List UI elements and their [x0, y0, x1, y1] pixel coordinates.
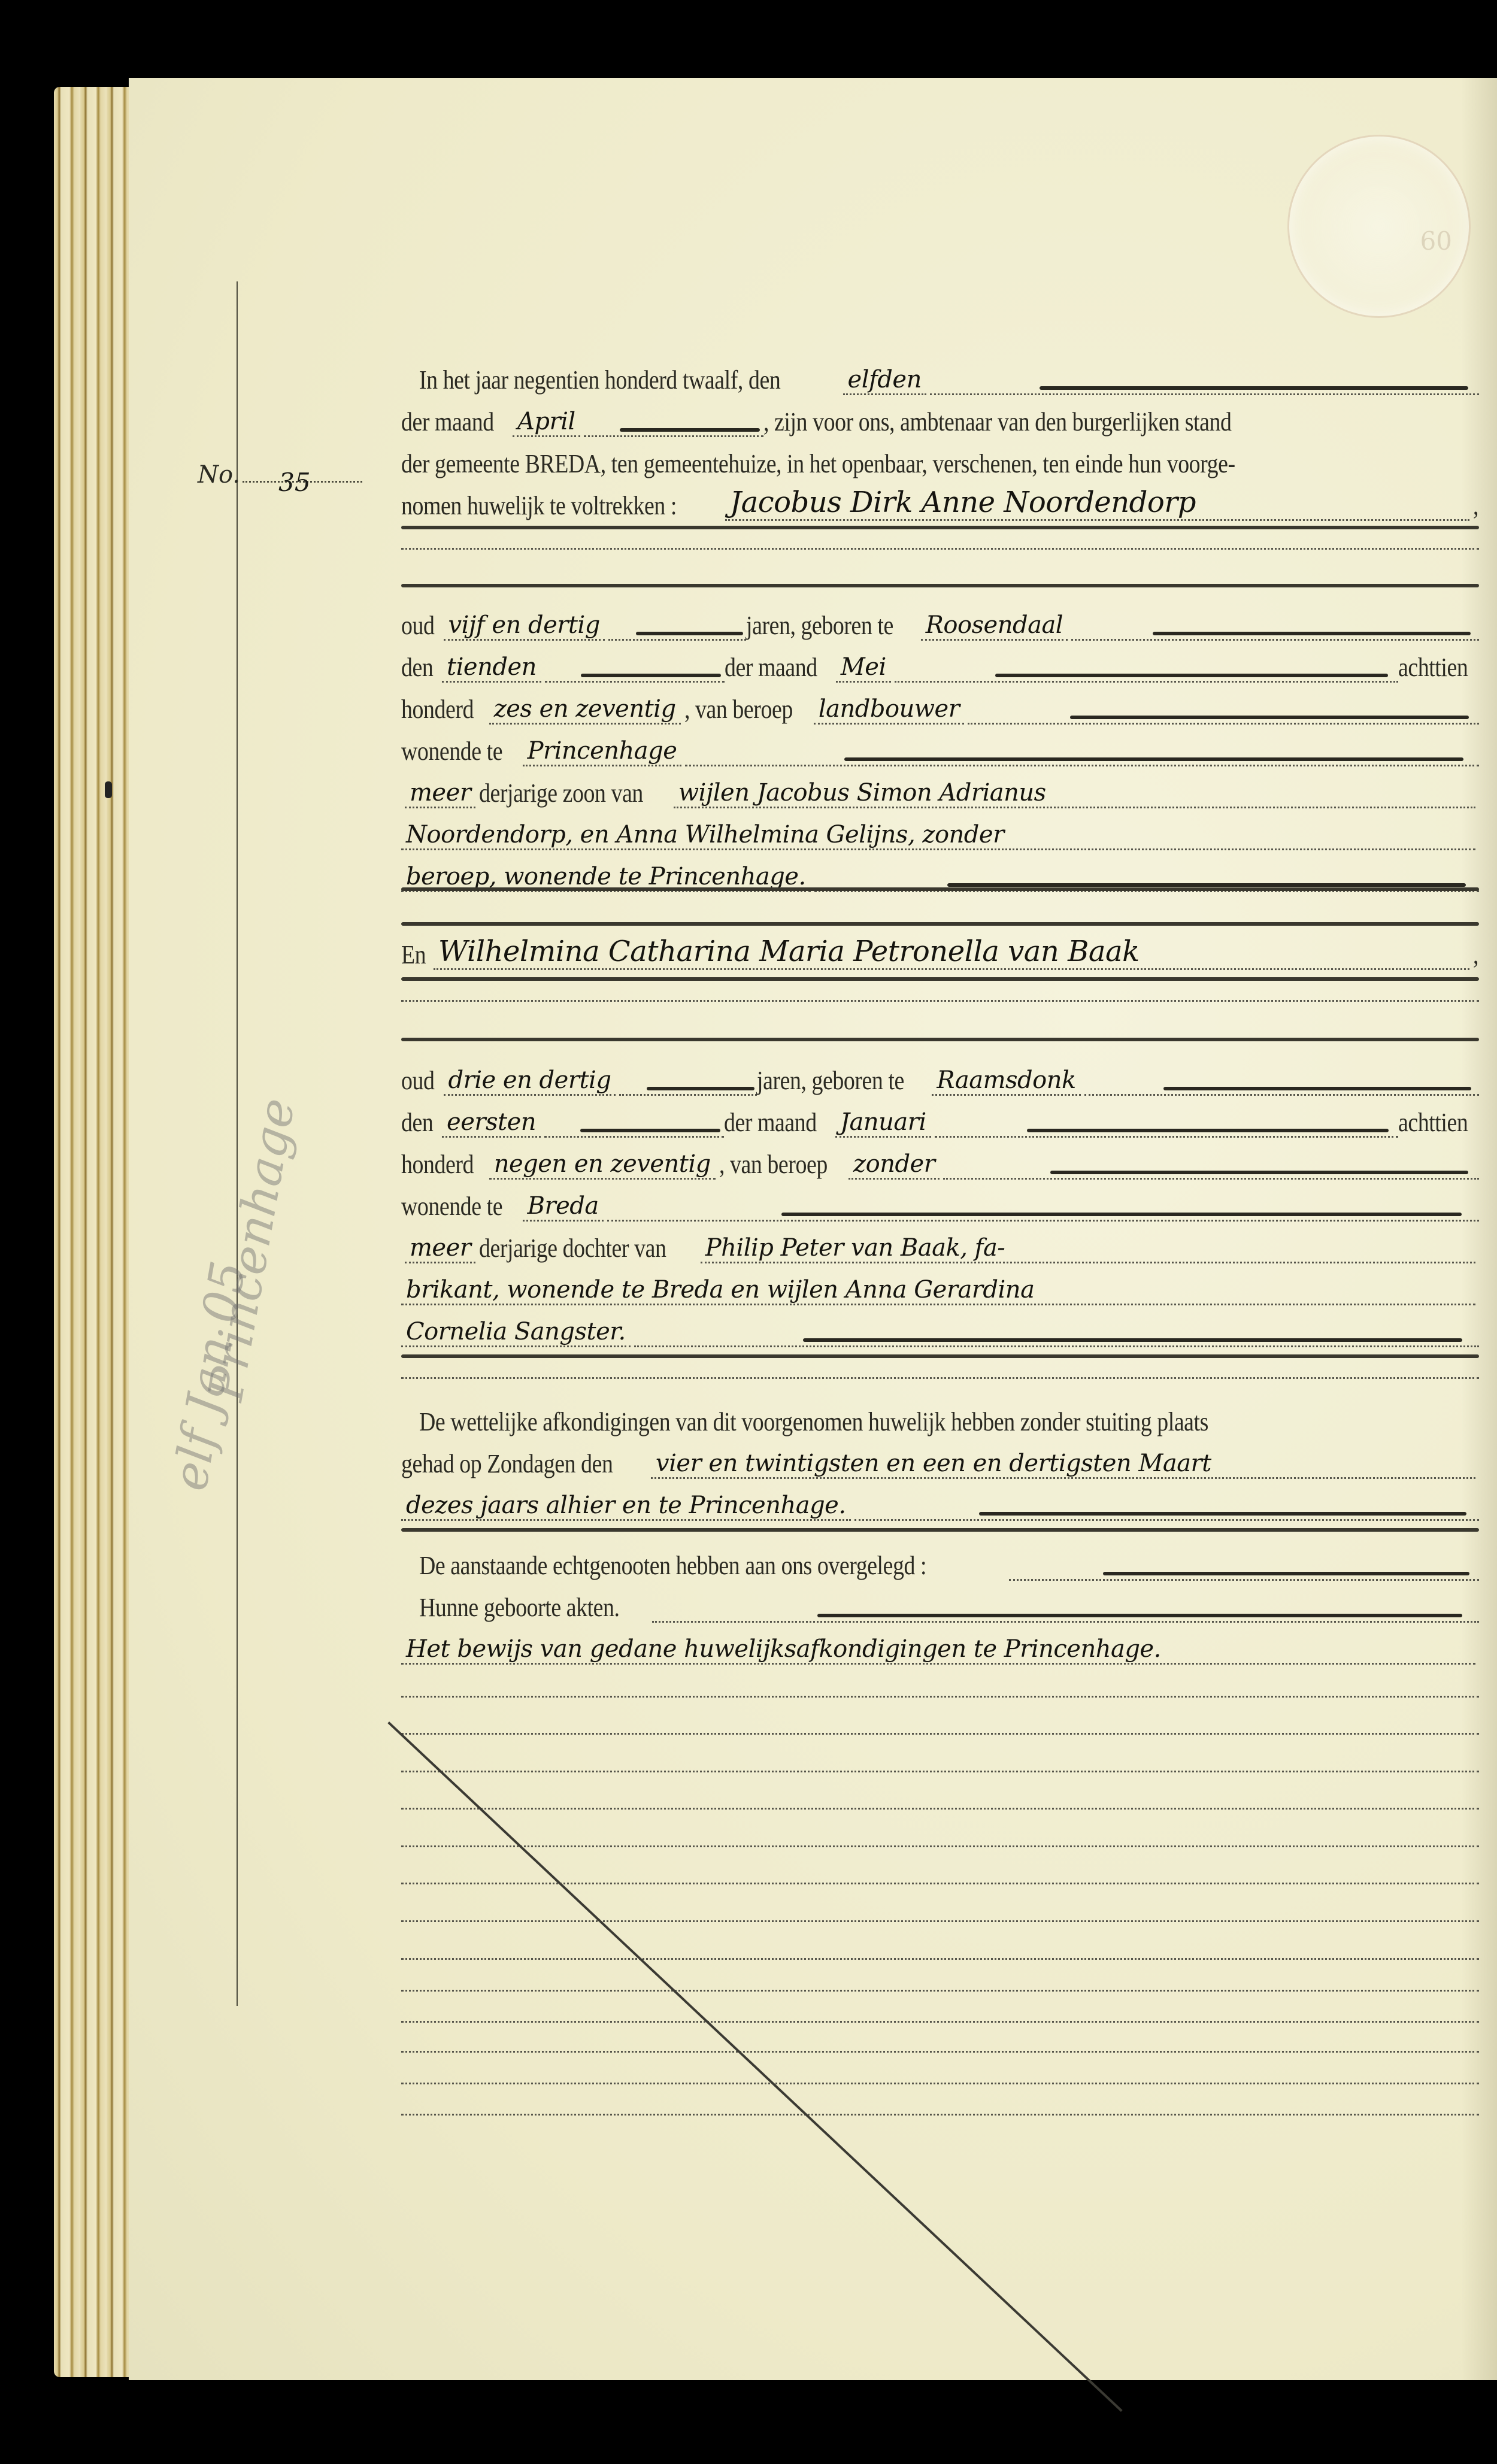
groom-birthmonth-field: Mei	[836, 653, 891, 683]
groom-residence-field: Princenhage	[523, 737, 682, 766]
groom-birthplace-field: Roosendaal	[921, 611, 1068, 641]
marriage-month-field: April	[513, 408, 580, 437]
banns-dates-field: vier en twintigsten en een en dertigsten…	[651, 1450, 1475, 1479]
bride-line-6: meer derjarige dochter van Philip Peter …	[401, 1228, 1479, 1263]
groom-majority-field: meer	[405, 779, 475, 808]
blank-line	[401, 1990, 1479, 1992]
intro-line-4: nomen huwelijk te voltrekken : Jacobus D…	[401, 485, 1479, 521]
label-residence: wonende te	[401, 1191, 502, 1222]
groom-line-7: beroep, wonende te Princenhage.	[401, 856, 1479, 892]
intro-text-3: der gemeente BREDA, ten gemeentehuize, i…	[401, 448, 1235, 479]
blank-line	[401, 1808, 1479, 1810]
blank-line	[401, 1771, 1479, 1772]
bride-line-5: wonende te Breda	[401, 1186, 1479, 1222]
fill-line	[895, 680, 1398, 683]
label-daughter-of: derjarige dochter van	[479, 1233, 666, 1263]
blank-line	[401, 2051, 1479, 2053]
fill-line	[607, 1219, 1479, 1222]
label-son-of: derjarige zoon van	[479, 778, 643, 808]
record-number: No.35	[198, 461, 362, 489]
documents-line-1: De aanstaande echtgenooten hebben aan on…	[419, 1545, 1479, 1581]
label-born: jaren, geboren te	[746, 610, 893, 641]
bride-line-3: den eersten der maand Januari achttien	[401, 1102, 1479, 1138]
label-month: der maand	[724, 1107, 817, 1138]
fill-line	[584, 434, 763, 437]
fill-line	[935, 1135, 1398, 1138]
documents-birth-records: Hunne geboorte akten.	[419, 1592, 620, 1623]
rule	[401, 922, 1479, 926]
groom-line-3: honderd zes en zeventig , van beroep lan…	[401, 689, 1479, 725]
bride-birthmonth-field: Januari	[835, 1108, 931, 1138]
groom-name-field: Jacobus Dirk Anne Noordendorp	[725, 486, 1469, 521]
label-month: der maand	[725, 652, 817, 683]
fill-line	[1009, 1578, 1479, 1581]
blank-line	[401, 1920, 1479, 1922]
intro-line-1: In het jaar negentien honderd twaalf, de…	[419, 359, 1479, 395]
fill-line	[1084, 1093, 1479, 1096]
groom-line-4: wonende te Princenhage	[401, 731, 1479, 766]
banns-label: gehad op Zondagen den	[401, 1448, 613, 1479]
blank-line	[401, 548, 1479, 550]
seal-text: 60	[1420, 226, 1452, 256]
intro-text-2a: der maand	[401, 407, 494, 437]
bride-father-field: Philip Peter van Baak, fa-	[701, 1234, 1475, 1263]
groom-father-field: wijlen Jacobus Simon Adrianus	[674, 779, 1475, 808]
rule	[401, 526, 1479, 529]
fill-line	[634, 1344, 1479, 1347]
groom-age-field: vijf en dertig	[444, 611, 605, 641]
blank-line	[401, 1733, 1479, 1735]
groom-occupation-field: landbouwer	[814, 695, 965, 725]
label-and: En	[401, 939, 426, 970]
label-occupation: , van beroep	[719, 1149, 828, 1180]
rule	[401, 584, 1479, 587]
blank-line	[401, 1377, 1479, 1379]
documents-line-2: Hunne geboorte akten.	[419, 1587, 1479, 1623]
bride-occupation-field: zonder	[848, 1150, 940, 1180]
label-year: honderd	[401, 1149, 474, 1180]
blank-line	[401, 1958, 1479, 1960]
fill-line	[652, 1620, 1479, 1623]
groom-line-6: Noordendorp, en Anna Wilhelmina Gelijns,…	[401, 814, 1479, 850]
label-day: den	[401, 652, 433, 683]
rule	[401, 1354, 1479, 1358]
groom-line-1: oud vijf en dertig jaren, geboren te Roo…	[401, 605, 1479, 641]
bride-residence-field: Breda	[523, 1192, 604, 1222]
banns-place-field: dezes jaars alhier en te Princenhage.	[401, 1492, 851, 1521]
fill-line	[545, 680, 725, 683]
book-page-edges	[54, 87, 138, 2377]
bride-line-1: En Wilhelmina Catharina Maria Petronella…	[401, 934, 1479, 970]
groom-line-5: meer derjarige zoon van wijlen Jacobus S…	[401, 772, 1479, 808]
bride-parents-field-2: Cornelia Sangster.	[401, 1318, 631, 1347]
banns-line-3: dezes jaars alhier en te Princenhage.	[401, 1485, 1479, 1521]
label-century: achttien	[1398, 652, 1468, 683]
bride-name-field: Wilhelmina Catharina Maria Petronella va…	[434, 935, 1469, 970]
fill-line	[1071, 638, 1479, 641]
bride-line-4: honderd negen en zeventig , van beroep z…	[401, 1144, 1479, 1180]
fill-line	[930, 392, 1479, 395]
groom-parents-field: Noordendorp, en Anna Wilhelmina Gelijns,…	[401, 821, 1475, 850]
punct: ,	[1473, 490, 1478, 521]
bride-majority-field: meer	[405, 1234, 475, 1263]
banns-line-2: gehad op Zondagen den vier en twintigste…	[401, 1443, 1479, 1479]
fill-line	[608, 638, 746, 641]
documents-line-3: Het bewijs van gedane huwelijksafkondigi…	[401, 1629, 1479, 1665]
bride-parents-field: brikant, wonende te Breda en wijlen Anna…	[401, 1276, 1475, 1305]
bride-birthday-field: eersten	[442, 1108, 541, 1138]
bride-birthplace-field: Raamsdonk	[932, 1066, 1080, 1096]
rule	[401, 1528, 1479, 1532]
fill-line	[685, 763, 1479, 766]
bride-line-7: brikant, wonende te Breda en wijlen Anna…	[401, 1269, 1479, 1305]
documents-banns-proof-field: Het bewijs van gedane huwelijksafkondigi…	[401, 1635, 1475, 1665]
groom-line-2: den tienden der maand Mei achttien	[401, 647, 1479, 683]
label-day: den	[401, 1107, 433, 1138]
groom-birthday-field: tienden	[442, 653, 541, 683]
label-century: achttien	[1398, 1107, 1468, 1138]
record-number-field: 35	[243, 481, 362, 483]
label-born: jaren, geboren te	[757, 1065, 904, 1096]
blank-line	[401, 1000, 1479, 1002]
label-age: oud	[401, 1065, 434, 1096]
blank-line	[401, 2083, 1479, 2084]
label-occupation: , van beroep	[684, 694, 793, 725]
documents-text: De aanstaande echtgenooten hebben aan on…	[419, 1550, 926, 1581]
embossed-seal: 60	[1287, 135, 1471, 318]
blank-line	[401, 1696, 1479, 1698]
bride-line-2: oud drie en dertig jaren, geboren te Raa…	[401, 1060, 1479, 1096]
margin-rule	[237, 281, 238, 2006]
record-number-label: No.	[198, 461, 240, 489]
blank-line	[401, 2114, 1479, 2116]
groom-birthyear-field: zes en zeventig	[489, 695, 681, 725]
ink-blot	[105, 781, 112, 798]
marriage-day-field: elfden	[843, 366, 926, 395]
bride-birthyear-field: negen en zeventig	[489, 1150, 716, 1180]
fill-line	[619, 1093, 757, 1096]
intro-line-2: der maand April , zijn voor ons, ambtena…	[401, 401, 1479, 437]
punct: ,	[1473, 939, 1478, 970]
fill-line	[544, 1135, 724, 1138]
banns-text: De wettelijke afkondigingen van dit voor…	[419, 1407, 1208, 1437]
rule	[401, 1038, 1479, 1041]
fill-line	[854, 1518, 1479, 1521]
intro-text-4: nomen huwelijk te voltrekken :	[401, 490, 677, 521]
bride-line-8: Cornelia Sangster.	[401, 1311, 1479, 1347]
label-year: honderd	[401, 694, 474, 725]
blank-line	[401, 2021, 1479, 2023]
intro-line-3: der gemeente BREDA, ten gemeentehuize, i…	[401, 443, 1479, 479]
rule	[401, 977, 1479, 981]
record-number-value: 35	[278, 468, 310, 497]
label-residence: wonende te	[401, 736, 502, 766]
bride-age-field: drie en dertig	[444, 1066, 616, 1096]
banns-line-1: De wettelijke afkondigingen van dit voor…	[419, 1401, 1479, 1437]
intro-text-1: In het jaar negentien honderd twaalf, de…	[419, 365, 780, 395]
intro-text-2b: , zijn voor ons, ambtenaar van den burge…	[763, 407, 1231, 437]
rule	[401, 887, 1479, 891]
label-age: oud	[401, 610, 434, 641]
fill-line	[943, 1177, 1479, 1180]
blank-line	[401, 1845, 1479, 1847]
fill-line	[968, 722, 1479, 725]
